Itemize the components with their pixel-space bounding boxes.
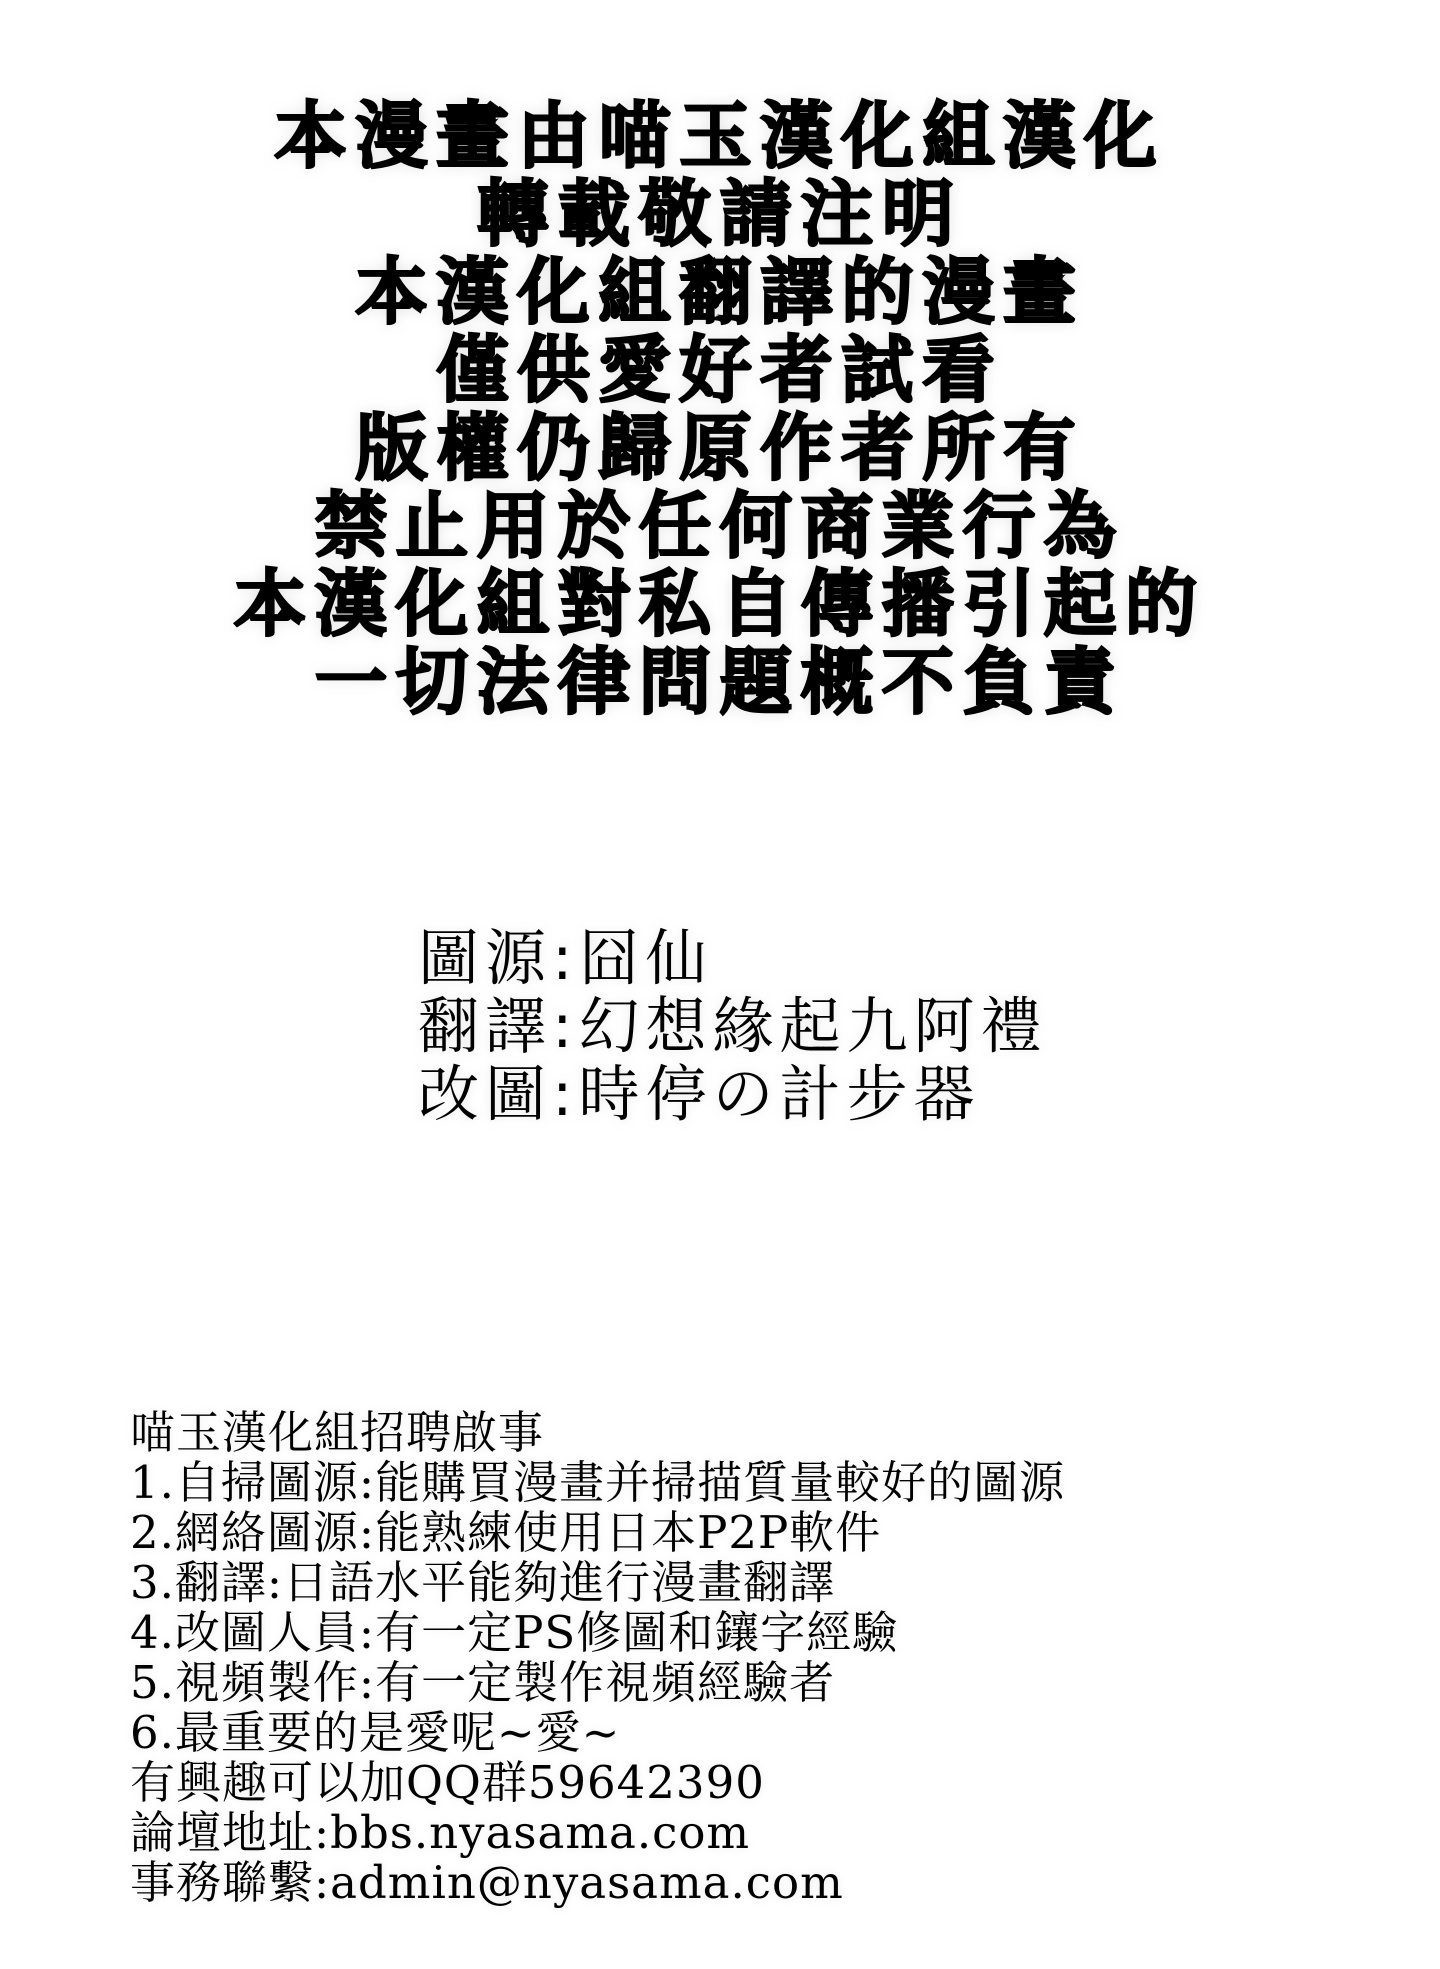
recruitment-item-5: 5.視頻製作:有一定製作視頻經驗者 <box>130 1658 1065 1708</box>
recruitment-title: 喵玉漢化組招聘啟事 <box>130 1408 1065 1458</box>
recruitment-item-2: 2.網絡圖源:能熟練使用日本P2P軟件 <box>130 1508 1065 1558</box>
disclaimer-line-4: 僅供愛好者試看 <box>0 331 1440 409</box>
disclaimer-line-6: 禁止用於任何商業行為 <box>0 487 1440 565</box>
credit-image-source: 圖源:囧仙 <box>418 925 1048 993</box>
staff-credits-block: 圖源:囧仙 翻譯:幻想緣起九阿禮 改圖:時停の計步器 <box>418 925 1048 1129</box>
disclaimer-block: 本漫畫由喵玉漢化組漢化 轉載敬請注明 本漢化組翻譯的漫畫 僅供愛好者試看 版權仍… <box>0 97 1440 721</box>
disclaimer-line-1: 本漫畫由喵玉漢化組漢化 <box>0 97 1440 175</box>
scanlation-credits-page: 本漫畫由喵玉漢化組漢化 轉載敬請注明 本漢化組翻譯的漫畫 僅供愛好者試看 版權仍… <box>0 0 1440 1969</box>
recruitment-contact-email: 事務聯繫:admin@nyasama.com <box>130 1858 1065 1908</box>
credit-editor: 改圖:時停の計步器 <box>418 1061 1048 1129</box>
disclaimer-line-7: 本漢化組對私自傳播引起的 <box>0 565 1440 643</box>
credit-translator: 翻譯:幻想緣起九阿禮 <box>418 993 1048 1061</box>
recruitment-item-4: 4.改圖人員:有一定PS修圖和鑲字經驗 <box>130 1608 1065 1658</box>
recruitment-item-3: 3.翻譯:日語水平能夠進行漫畫翻譯 <box>130 1558 1065 1608</box>
disclaimer-line-5: 版權仍歸原作者所有 <box>0 409 1440 487</box>
recruitment-qq-group: 有興趣可以加QQ群59642390 <box>130 1758 1065 1808</box>
recruitment-item-6: 6.最重要的是愛呢~愛~ <box>130 1708 1065 1758</box>
recruitment-block: 喵玉漢化組招聘啟事 1.自掃圖源:能購買漫畫并掃描質量較好的圖源 2.網絡圖源:… <box>130 1408 1065 1908</box>
disclaimer-line-8: 一切法律問題概不負責 <box>0 643 1440 721</box>
disclaimer-line-3: 本漢化組翻譯的漫畫 <box>0 253 1440 331</box>
disclaimer-line-2: 轉載敬請注明 <box>0 175 1440 253</box>
recruitment-forum-address: 論壇地址:bbs.nyasama.com <box>130 1808 1065 1858</box>
recruitment-item-1: 1.自掃圖源:能購買漫畫并掃描質量較好的圖源 <box>130 1458 1065 1508</box>
